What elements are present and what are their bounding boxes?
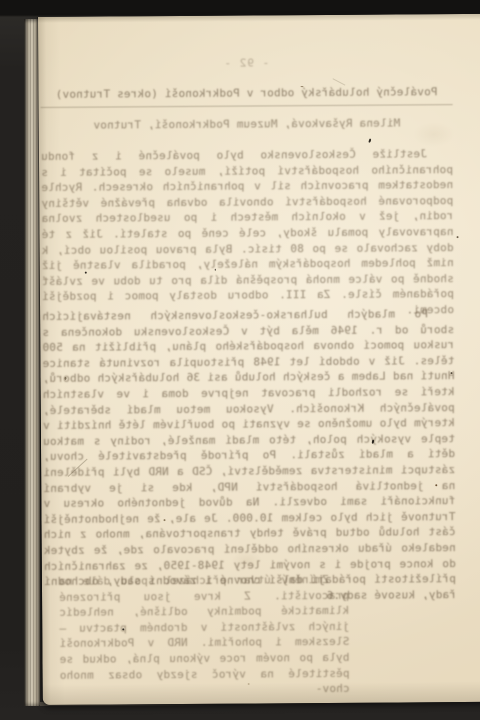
body-paragraph-1: Jestliže Československo bylo poválečné i…: [41, 146, 454, 320]
body-paragraph-3: Zmíněný útvar přicházel spolu dále na pr…: [59, 572, 350, 699]
article-byline: Milena Ryšavková, Muzeum Podkrkonoší, Tr…: [41, 115, 453, 133]
dust-speck: [435, 484, 437, 486]
dust-speck: [122, 628, 124, 630]
dust-speck: [164, 519, 166, 521]
article-title: Poválečný holubářský odbor v Podkrkonoší…: [40, 84, 452, 107]
dust-speck: [215, 269, 216, 271]
bleedthrough-text-block: - 92 - Poválečný holubářský odbor v Podk…: [40, 14, 457, 697]
book-scan: - 92 - Poválečný holubářský odbor v Podk…: [0, 0, 480, 720]
dust-speck: [65, 377, 67, 380]
dust-speck: [450, 372, 452, 374]
dust-speck: [248, 684, 250, 685]
body-paragraph-2: Po mladých bulharsko-československých ne…: [42, 306, 456, 605]
page-stack-edge: [24, 19, 40, 706]
dust-speck: [457, 236, 459, 238]
dust-speck: [85, 272, 87, 274]
scanned-page: - 92 - Poválečný holubářský odbor v Podk…: [38, 14, 480, 705]
dust-speck: [300, 86, 303, 87]
page-number: - 92 -: [40, 54, 452, 72]
